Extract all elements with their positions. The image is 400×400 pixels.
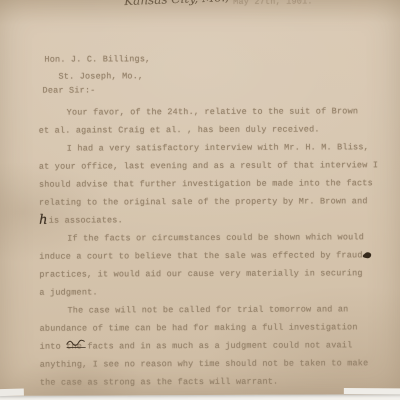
body-line: abundance of time can be had for making … [40,318,370,337]
handwritten-ink-blot [364,252,372,259]
body-line: a judgment. [39,282,369,301]
body-line: et al. against Craig et al. , has been d… [39,120,369,139]
body-line: should advise that further investigation… [39,174,369,193]
body-line: the case as strong as the facts will war… [40,372,370,391]
body-line: Your favor, of the 24th., relative to th… [39,102,369,121]
body-line: his associates. [39,210,369,229]
salutation: Dear Sir:- [43,85,96,95]
body-line: relating to the original sale of the pro… [39,192,369,211]
letter-page: Kansas City, Mo., May 27th, 1901. Hon. J… [0,0,400,396]
scan-edge-bottom-right [344,388,400,394]
typed-date: May 27th, 1901. [233,0,313,7]
body-line: I had a very satisfactory interview with… [39,138,369,157]
recipient-name: Hon. J. C. Billings, [44,51,150,68]
recipient-address-block: Hon. J. C. Billings, St. Joseph, Mo., [44,51,150,85]
handwritten-place-dateline: Kansas City, Mo., [124,0,229,8]
body-line-text: induce a court to believe that the sale … [39,250,362,261]
body-line: at your office, last evening and as a re… [39,156,369,175]
handwritten-insertion-squiggle [64,337,90,355]
letter-scan: Kansas City, Mo., May 27th, 1901. Hon. J… [0,0,400,400]
scan-edge-bottom-left [0,389,24,397]
body-line: practices, it would aid our cause very m… [39,264,369,283]
body-line: If the facts or circumstances could be s… [39,228,369,247]
body-line-text: is associates. [49,215,123,225]
recipient-city: St. Joseph, Mo., [44,68,150,85]
body-line: anything, I see no reason why time shoul… [40,354,370,373]
body-line: induce a court to believe that the sale … [39,246,369,265]
handwritten-correction-h: h [39,216,48,226]
body-line: The case will not be called for trial to… [39,300,369,319]
